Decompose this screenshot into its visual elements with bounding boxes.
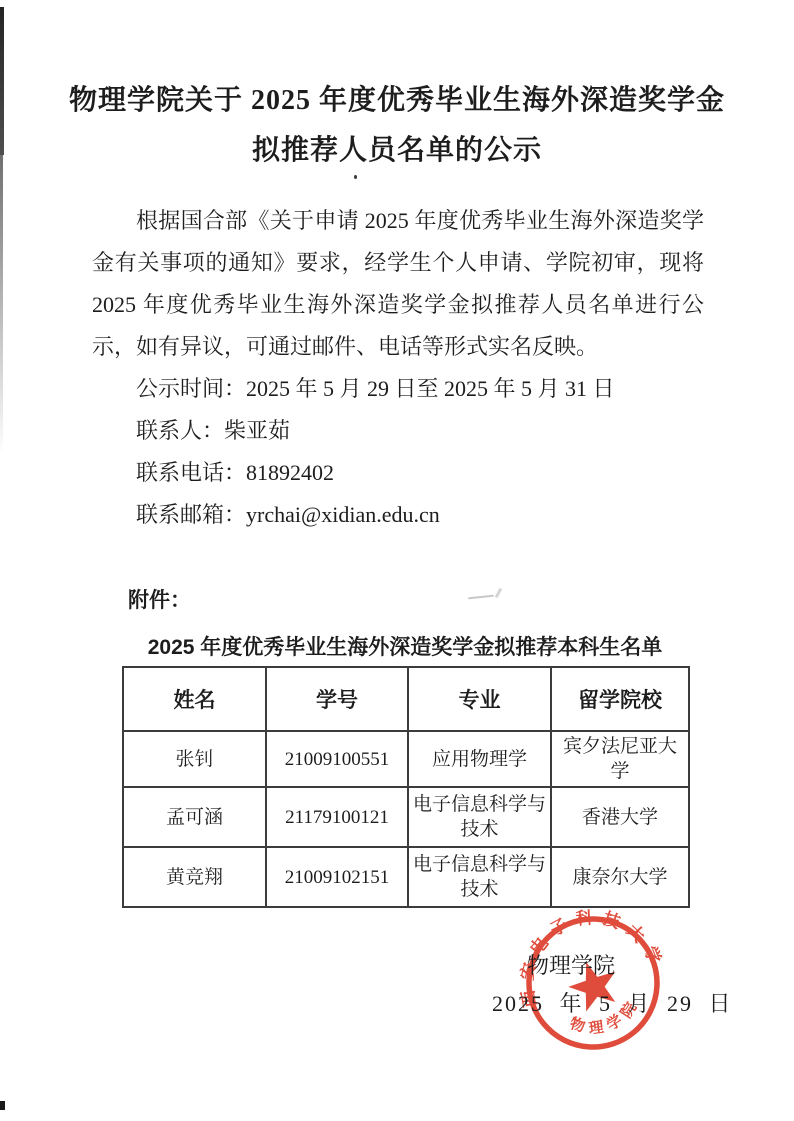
table-header-name: 姓名 bbox=[123, 667, 266, 731]
scan-smudge-artifact bbox=[468, 595, 494, 600]
document-page: 物理学院关于 2025 年度优秀毕业生海外深造奖学金 拟推荐人员名单的公示 根据… bbox=[0, 0, 794, 1121]
info-line-publicity-period: 公示时间：2025 年 5 月 29 日至 2025 年 5 月 31 日 bbox=[92, 368, 704, 410]
cell-university: 香港大学 bbox=[551, 787, 689, 847]
table-header-row: 姓名 学号 专业 留学院校 bbox=[123, 667, 689, 731]
attachment-label: 附件： bbox=[128, 584, 191, 614]
cell-university: 宾夕法尼亚大学 bbox=[551, 731, 689, 787]
table-header-student-id: 学号 bbox=[266, 667, 408, 731]
cell-student-id: 21009102151 bbox=[266, 847, 408, 907]
document-title-line-1: 物理学院关于 2025 年度优秀毕业生海外深造奖学金 bbox=[60, 76, 734, 126]
scan-edge-artifact bbox=[0, 7, 4, 155]
info-line-contact-email: 联系邮箱：yrchai@xidian.edu.cn bbox=[92, 494, 704, 536]
scan-edge-fade-artifact bbox=[0, 155, 3, 455]
document-title: 物理学院关于 2025 年度优秀毕业生海外深造奖学金 拟推荐人员名单的公示 bbox=[60, 76, 734, 176]
scan-corner-mark-artifact bbox=[0, 1101, 5, 1110]
students-table: 姓名 学号 专业 留学院校 张钊 21009100551 应用物理学 宾夕法尼亚… bbox=[122, 666, 690, 908]
document-body: 根据国合部《关于申请 2025 年度优秀毕业生海外深造奖学金有关事项的通知》要求… bbox=[92, 200, 704, 536]
cell-major: 应用物理学 bbox=[408, 731, 551, 787]
body-paragraph: 根据国合部《关于申请 2025 年度优秀毕业生海外深造奖学金有关事项的通知》要求… bbox=[92, 200, 704, 368]
cell-student-id: 21009100551 bbox=[266, 731, 408, 787]
cell-name: 孟可涵 bbox=[123, 787, 266, 847]
official-seal: 西安电子科技大学 物理学院 bbox=[502, 892, 684, 1074]
cell-name: 黄竞翔 bbox=[123, 847, 266, 907]
cell-major: 电子信息科学与技术 bbox=[408, 787, 551, 847]
info-line-contact-phone: 联系电话：81892402 bbox=[92, 452, 704, 494]
table-row: 孟可涵 21179100121 电子信息科学与技术 香港大学 bbox=[123, 787, 689, 847]
table-title: 2025 年度优秀毕业生海外深造奖学金拟推荐本科生名单 bbox=[122, 631, 688, 661]
document-title-line-2: 拟推荐人员名单的公示 bbox=[60, 126, 734, 176]
signature-date: 2025 年 5 月 29 日 bbox=[492, 987, 733, 1018]
cell-student-id: 21179100121 bbox=[266, 787, 408, 847]
table-header-university: 留学院校 bbox=[551, 667, 689, 731]
table-row: 张钊 21009100551 应用物理学 宾夕法尼亚大学 bbox=[123, 731, 689, 787]
info-line-contact-person: 联系人：柴亚茹 bbox=[92, 410, 704, 452]
table-header-major: 专业 bbox=[408, 667, 551, 731]
signature-org: 物理学院 bbox=[527, 949, 615, 980]
scan-smudge-artifact bbox=[495, 588, 502, 598]
cell-name: 张钊 bbox=[123, 731, 266, 787]
